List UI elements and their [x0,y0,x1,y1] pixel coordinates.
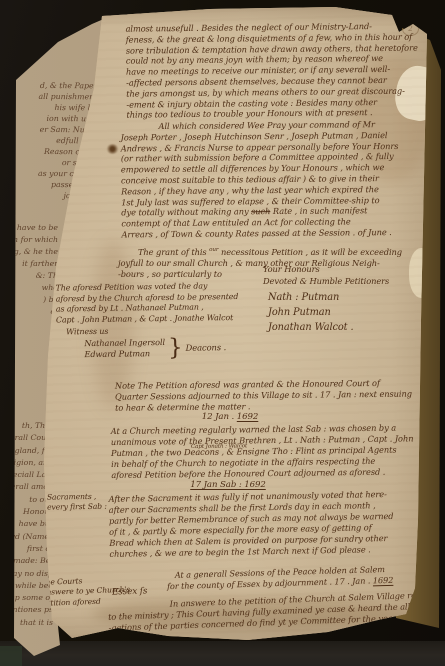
manuscript-line: that it is [0,617,53,629]
manuscript-line: th, That [0,420,53,432]
note-petition-granted: Note The Petition aforesd was granted & … [115,377,435,413]
manuscript-line: 12 Jan . 1692 [150,412,310,422]
signature-block: Your Honours Devoted & Humble Petitioner… [263,264,433,335]
manuscript-line: first of [0,543,53,555]
manuscript-line: ayd (Names [0,531,53,543]
photo-background: d, & the Paperall punishmenthis wife bei… [0,0,445,666]
manuscript-line: up some of [0,592,53,604]
manuscript-line: &: Th [0,270,58,282]
manuscript-line: Nathanael Ingersoll [84,337,165,350]
devoted-petitioners-line: Devoted & Humble Petitioners [263,276,433,288]
your-honours-line: Your Honours [263,264,433,276]
page-number-mark: 12 [46,14,64,29]
manuscript-line: er Sam: Nurse [0,124,97,136]
manuscript-line: fontiones ps [0,604,53,616]
interline-insertion: Capt Jonath : Walcot [191,441,247,453]
manuscript-line: Jonathan Walcot . [268,320,433,335]
margin-note-court-answer: The CourtsAnswere to ye Church'sPetition… [40,574,146,609]
manuscript-line: while bee [0,580,53,592]
manuscript-line: it farther [0,258,58,270]
manuscript-line: his wife be [0,102,97,114]
margin-note-sacraments: Sacraments ,every first Sab : [47,491,122,512]
manuscript-line: ing, & he the [0,246,58,258]
manuscript-line: all punishment [0,91,97,103]
church-meeting-entry: Capt Jonath : Walcot At a Church meeting… [111,422,442,481]
manuscript-line: The grant of this our necessitous Petiti… [118,245,418,258]
witness-names: Nathanael IngersollEdward Putman [84,337,165,361]
manuscript-line: ion with us a [0,113,97,125]
manuscript-line: made: Be- [0,555,53,567]
margin-note-vote-lines: The aforesd Petition was voted the dayaf… [55,281,271,326]
sacrament-entry: After the Sacrament it was fully if not … [108,488,439,559]
sessions-heading: At a generall Sessions of the Peace hold… [135,563,426,593]
manuscript-line: have but [0,518,53,530]
heading-12-jan-1692: 12 Jan . 1692 [150,412,310,422]
deacons-label: Deacons . [186,342,227,353]
manuscript-line: to our Honour [0,494,53,519]
petitioner-signatures: Nath : PutmanJohn PutmanJonathan Walcot … [268,290,433,335]
manuscript-line: Nath : Putman [268,290,433,305]
ink-blot [106,144,119,154]
manuscript-line: Capt . John Putman , & Capt . Jonathe Wa… [56,312,271,326]
manuscript-line: Edward Putman [84,348,165,361]
manuscript-line: d, & the Paper [0,80,97,92]
opening-paragraph: almost unusefull . Besides the neglect o… [125,20,436,120]
manuscript-line: who [0,282,58,294]
manuscript-line: every first Sab : [47,501,122,512]
manuscript-line: 17 Jan Sab : 1692 [158,480,298,490]
manuscript-line: you have to be [0,222,58,234]
deacons-witness-row: Nathanael IngersollEdward Putman } Deaco… [84,335,271,361]
table-surface [0,641,445,666]
margin-note-vote: The aforesd Petition was voted the dayaf… [55,281,271,362]
corner-object [0,646,22,666]
corner-page-mark: 2 [402,22,419,36]
left-page-fragments-mid: you have to beish for whiching, & he the… [0,222,58,318]
manuscript-line: of [0,306,58,318]
manuscript-line: lay no disp [0,568,53,580]
manuscript-line: ish for which [0,234,58,246]
manuscript-line: ) by [0,294,58,306]
court-answer-paragraph: In answere to the petition of the Church… [108,589,445,634]
petition-paragraph: All which considered Wee Pray your comma… [120,119,437,241]
manuscript-line: John Putman [268,305,433,320]
heading-17-jan-1692: 17 Jan Sab : 1692 [158,480,298,490]
manuscript-line: Arrears , of Town & county Rates passed … [121,227,437,241]
brace-glyph: } [168,337,183,360]
